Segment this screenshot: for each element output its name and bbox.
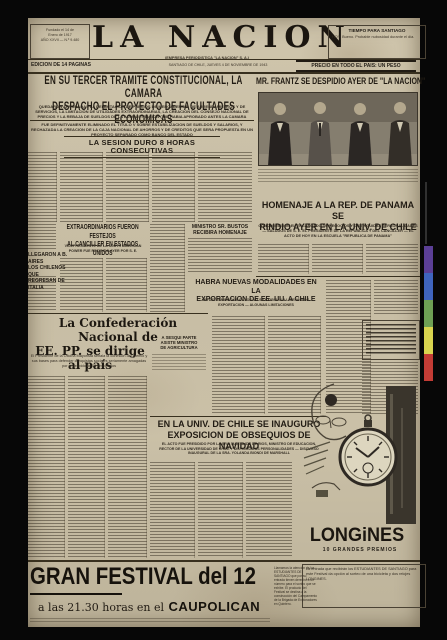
body-text-column: [246, 462, 292, 558]
body-text-column: [68, 376, 105, 558]
bustos-headline: MINISTRO SR. BUSTOS RECIBIRA HOMENAJE: [188, 224, 252, 236]
body-text-column: [106, 258, 147, 312]
boxed-ad-text: [366, 324, 416, 356]
agricultura-line3: DE AGRICULTURA: [152, 345, 206, 350]
founded-line3: AÑO XXVII — N.º 9.480: [31, 38, 89, 43]
body-text-column: [28, 276, 56, 312]
panama-deck: CONCURRIERON EL ENCARGADO DE NEGOCIOS Y …: [258, 224, 418, 238]
body-text-column: [60, 258, 103, 312]
confederacion-deck: El Presidente de la Oficina Mayorista se…: [30, 354, 148, 368]
festival-venue: CAUPOLICAN: [169, 599, 261, 614]
longines-brand: LONGiNES: [300, 525, 414, 547]
newspaper-page: Fundado el 14 de Enero de 1917 AÑO XXVII…: [28, 18, 420, 627]
body-text-column: [152, 354, 206, 372]
header-rule: [28, 72, 420, 74]
longines-note-box: La entrada que recibirán los ESTUDIANTES…: [302, 564, 426, 608]
body-text-column: [198, 152, 252, 222]
body-text-column: [106, 152, 149, 222]
calibration-swatch-yellow: [424, 327, 433, 354]
frantz-photo: [258, 92, 418, 166]
festival-time: a las 21.30 horas en el CAUPOLICAN: [38, 598, 288, 616]
calibration-swatch-blue: [424, 273, 433, 300]
scanner-streak: [425, 182, 427, 244]
body-text-column: [150, 462, 195, 558]
body-text-column: [212, 316, 265, 414]
body-text-column: [108, 376, 147, 558]
exportacion-headline-line1: HABRA NUEVAS MODALIDADES EN LA: [190, 279, 322, 296]
weather-box: TIEMPO PARA SANTIAGO HOY: Bueno. Probabl…: [328, 25, 426, 59]
body-text-column: [28, 376, 65, 558]
boxed-ad: [362, 320, 420, 360]
agricultura-box: A SESQUI PARTE ASISTE MINISTRO DE AGRICU…: [152, 335, 206, 351]
longines-note: La entrada que recibirán los ESTUDIANTES…: [306, 567, 422, 582]
festival-footer-line: [30, 618, 270, 624]
weather-body: HOY: Bueno. Probable nubosidad durante e…: [332, 35, 422, 40]
body-text-column: [60, 152, 103, 222]
festival-title: GRAN FESTIVAL del 12: [30, 564, 277, 590]
calibration-swatch-purple: [424, 246, 433, 273]
masthead-title: LA NACION: [92, 20, 322, 55]
body-text-column: [374, 280, 418, 316]
longines-watch-illustration: [300, 380, 420, 524]
body-text-column: [198, 462, 243, 558]
scanned-newspaper-frame: Fundado el 14 de Enero de 1917 AÑO XXVII…: [0, 0, 447, 640]
festival-time-prefix: a las 21.30 horas en el: [38, 601, 164, 614]
price-label: PRECIO EN TODO EL PAIS: UN PESO: [296, 60, 416, 72]
frantz-photo-illustration: [258, 92, 418, 166]
photo-caption: [258, 169, 418, 184]
body-text-column: [258, 244, 309, 274]
body-text-column: [188, 238, 252, 274]
dateline: SANTIAGO DE CHILE, JUEVES 4 DE NOVIEMBRE…: [128, 63, 308, 67]
longines-ad: LONGiNES 10 GRANDES PREMIOS: [300, 380, 420, 558]
festival-title-underline: [30, 593, 122, 595]
festival-rule: [28, 560, 420, 562]
deck-rule: [30, 120, 254, 121]
exportacion-deck: EN DETERMINADOS CASOS NO SE EXIGIRA LA L…: [192, 298, 320, 307]
body-text-column: [312, 244, 363, 274]
lead-deck1: QUEDARON APROBADAS LA DELIMITACION DE PR…: [30, 104, 254, 119]
section-rule: [256, 276, 420, 277]
calibration-swatch-red: [424, 354, 433, 381]
navidad-deck: EL ACTO FUE PRESIDIDO POR LA SRA. MARTA …: [154, 442, 324, 456]
body-text-column: [366, 244, 418, 274]
bustos-headline-line2: RECIBIRA HOMENAJE: [188, 230, 252, 236]
lead-headline-line1: EN SU TERCER TRAMITE CONSTITUCIONAL, LA …: [28, 75, 259, 101]
body-text-column: [152, 152, 195, 222]
body-text-column: [28, 224, 56, 250]
founded-box: Fundado el 14 de Enero de 1917 AÑO XXVII…: [30, 24, 90, 59]
calibration-swatch-green: [424, 300, 433, 327]
canciller-headline-line1: EXTRAORDINARIOS FUERON FESTEJOS: [58, 224, 147, 241]
canciller-deck: VICEPRESIDENTE DE LA SOUTH AMERICAN POWE…: [60, 244, 146, 253]
longines-tagline: 10 GRANDES PREMIOS: [300, 547, 420, 553]
weather-title: TIEMPO PARA SANTIAGO: [332, 28, 422, 33]
section-rule: [28, 313, 208, 314]
edition-label: EDICION DE 14 PAGINAS: [31, 62, 91, 68]
panama-headline-line1: HOMENAJE A LA REP. DE PANAMA SE: [256, 200, 420, 222]
masthead: LA NACION (EMPRESA PERIODISTICA "LA NACI…: [92, 20, 322, 60]
body-text-column: [150, 224, 185, 312]
lead-deck2: FUE DEFINITIVAMENTE ELIMINADO EL TITULO …: [30, 122, 254, 137]
festival-side-note: Llamamos la atención de los ESTUDIANTES …: [274, 566, 318, 606]
frantz-headline: MR. FRANTZ SE DESPIDIO AYER DE "LA NACIO…: [256, 77, 421, 87]
body-text-column: [28, 152, 57, 222]
